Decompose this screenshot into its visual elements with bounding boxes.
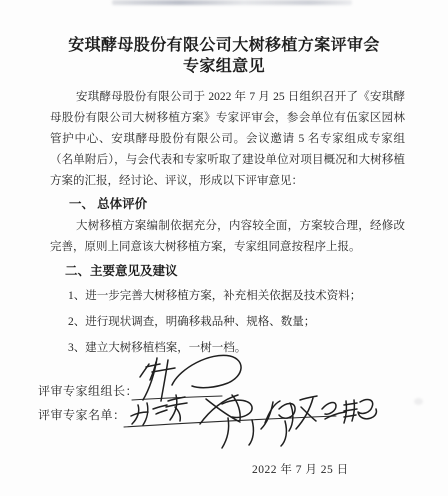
section2-heading: 二、主要意见及建议 xyxy=(65,261,405,282)
document-date: 2022 年 7 月 25 日 xyxy=(252,461,448,477)
suggestion-item-3: 3、建立大树移植档案，一树一档。 xyxy=(68,338,405,359)
document-title-line1: 安琪酵母股份有限公司大树移植方案评审会 xyxy=(0,35,448,56)
suggestion-item-1: 1、进一步完善大树移植方案，补充相关依据及技术资料； xyxy=(68,286,405,307)
intro-paragraph: 安琪酵母股份有限公司于 2022 年 7 月 25 日组织召开了《安琪酵母股份有… xyxy=(50,87,405,192)
section1-heading: 一、 总体评价 xyxy=(69,194,405,215)
section1-body: 大树移植方案编制依据充分，内容较全面，方案较合理，经修改完善，原则上同意该大树移… xyxy=(50,216,405,258)
scan-artifact-top xyxy=(112,0,352,5)
document-title-line2: 专家组意见 xyxy=(0,56,448,77)
signature-area: 评审专家组组长： 评审专家名单： xyxy=(0,381,448,453)
suggestion-item-2: 2、进行现状调查，明确移栽品种、规格、数量； xyxy=(68,312,405,333)
leader-signature-label: 评审专家组组长： xyxy=(38,382,138,399)
experts-signature-label: 评审专家名单： xyxy=(38,406,126,423)
scanned-document-page: 安琪酵母股份有限公司大树移植方案评审会 专家组意见 安琪酵母股份有限公司于 20… xyxy=(0,0,448,496)
